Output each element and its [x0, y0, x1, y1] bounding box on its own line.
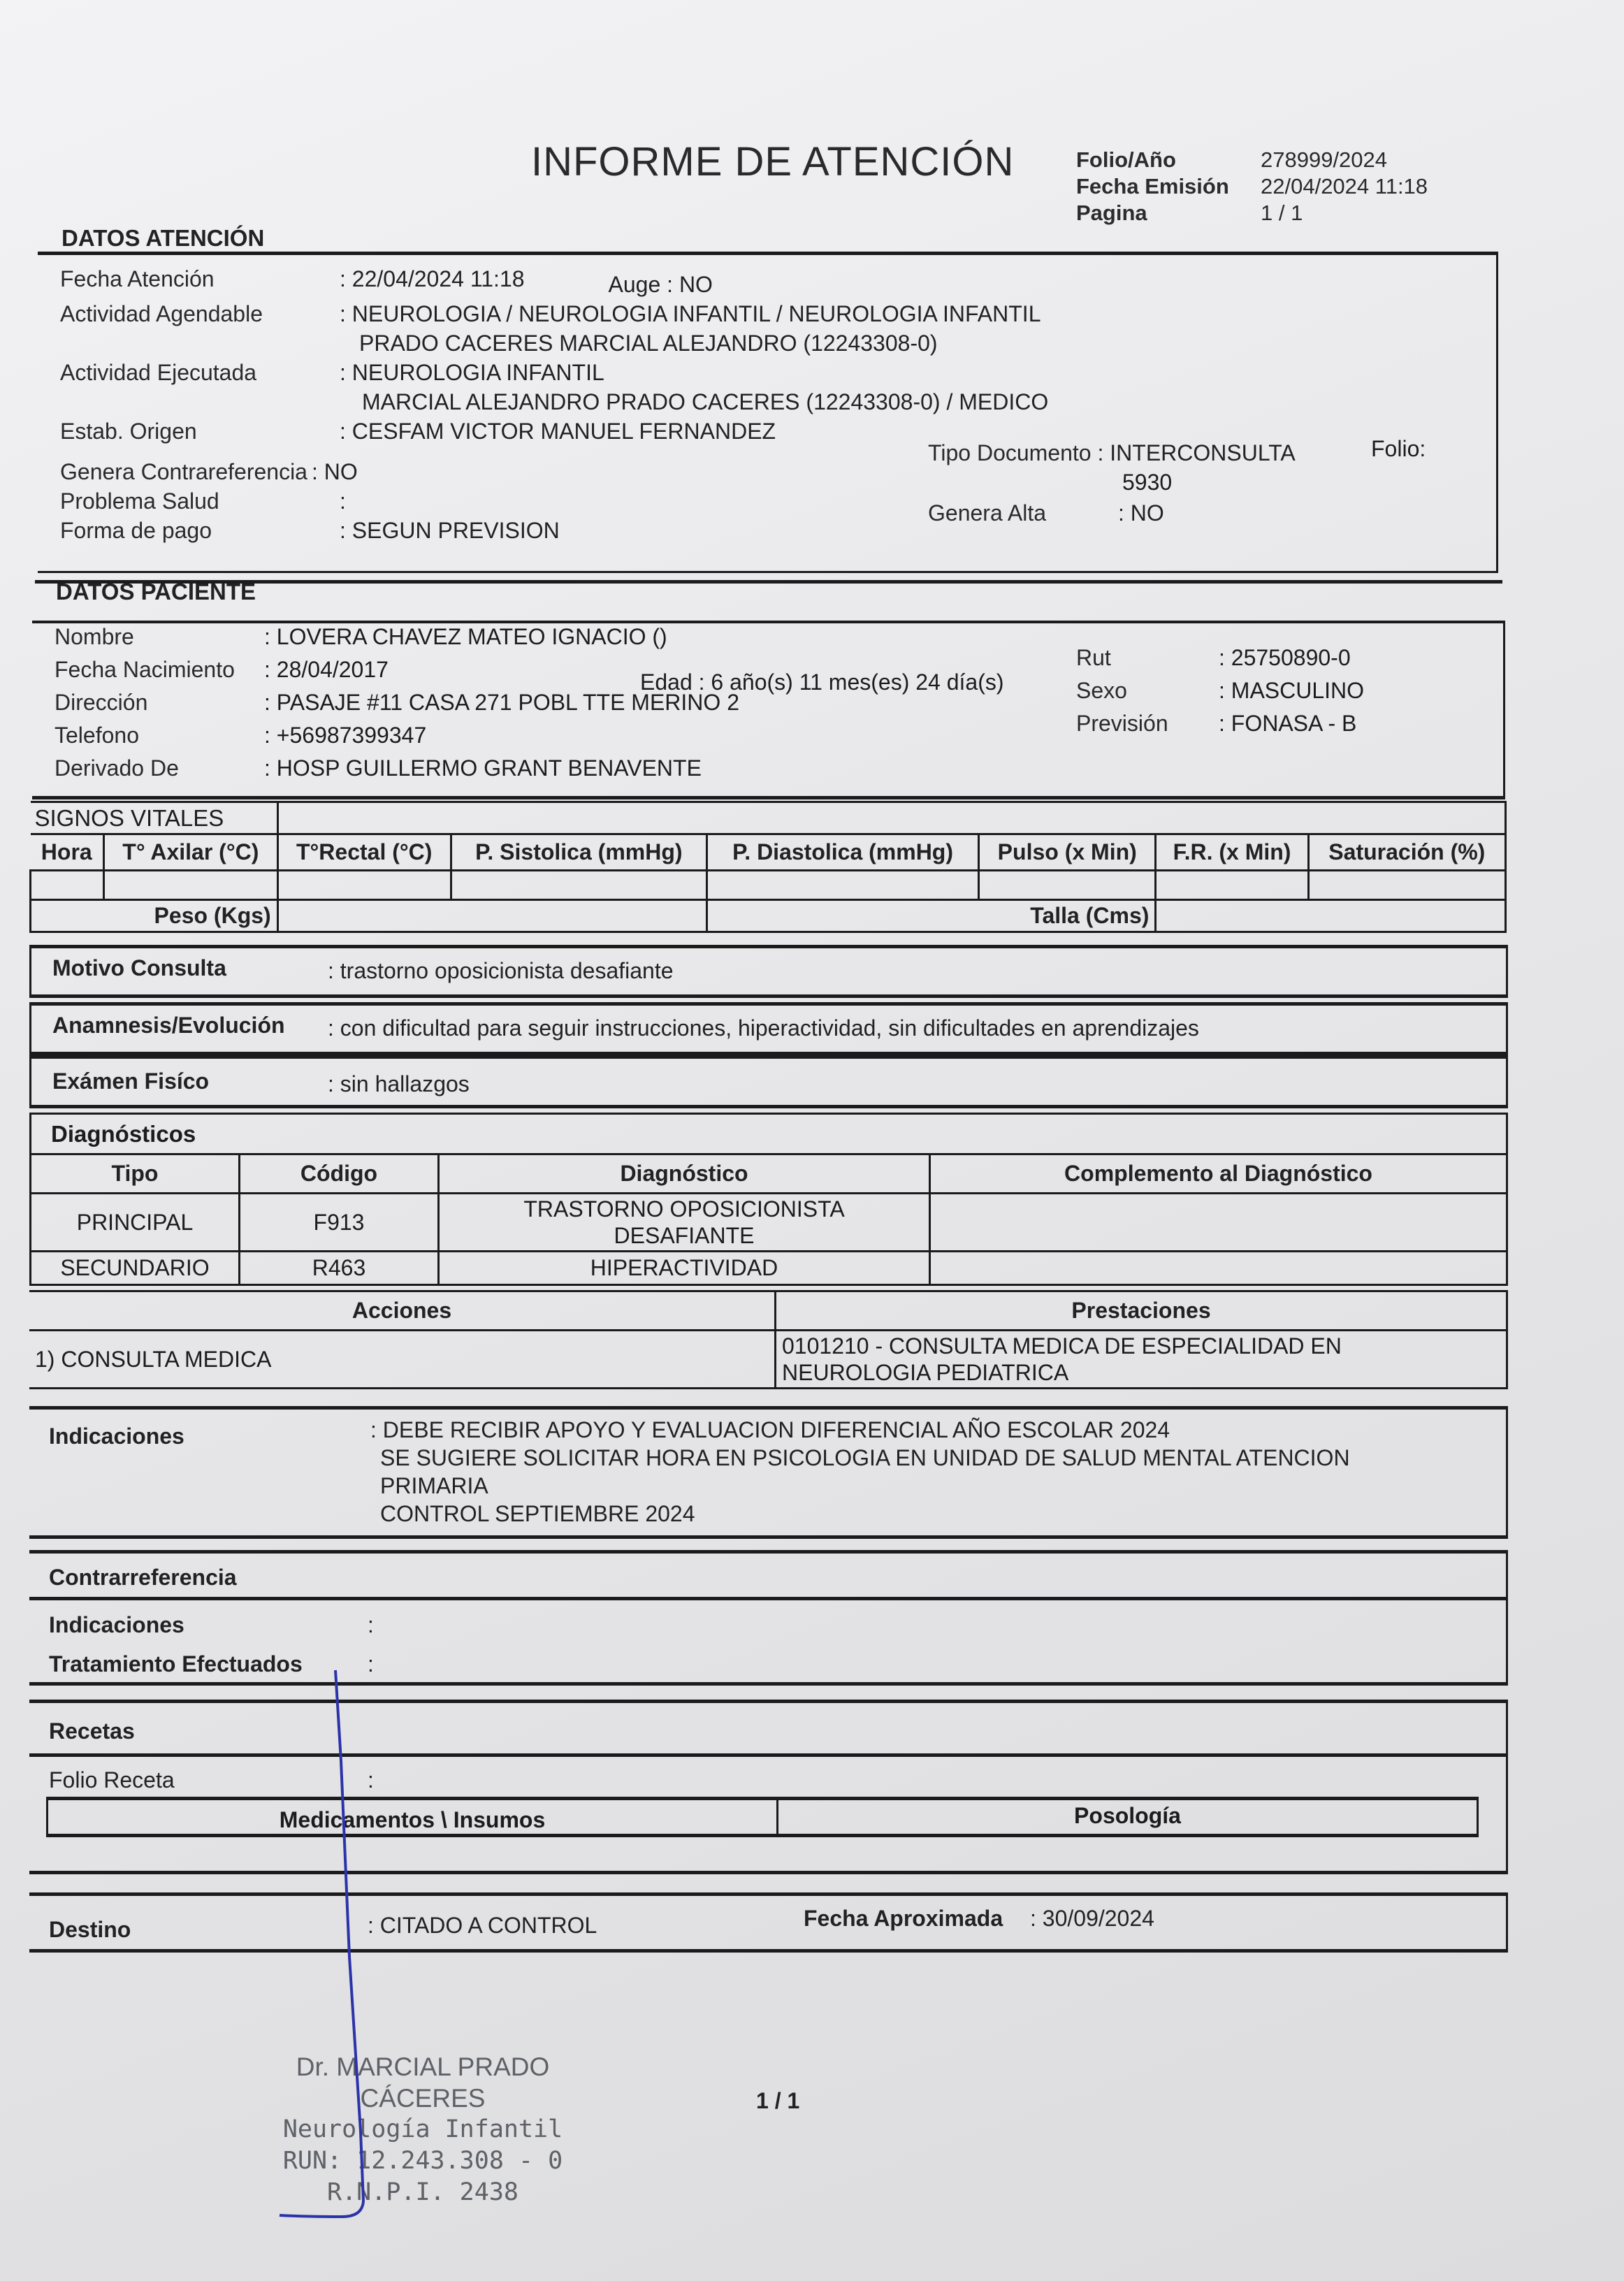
actividad-ejecutada-value-2: MARCIAL ALEJANDRO PRADO CACERES (1224330… [362, 387, 1048, 417]
prestacion-value: 0101210 - CONSULTA MEDICA DE ESPECIALIDA… [776, 1331, 1507, 1389]
divider [29, 1597, 1506, 1600]
diag-codigo: R463 [240, 1252, 439, 1285]
stamp-name: Dr. MARCIAL PRADO CÁCERES [248, 2051, 597, 2114]
diag-codigo: F913 [240, 1194, 439, 1252]
signos-col-value [1156, 871, 1308, 900]
signos-col-value [1308, 871, 1505, 900]
forma-pago-label: Forma de pago [60, 516, 340, 545]
recetas-title: Recetas [49, 1718, 135, 1744]
pagina-label: Pagina [1076, 200, 1261, 226]
doctor-stamp: Dr. MARCIAL PRADO CÁCERES Neurología Inf… [248, 2051, 597, 2208]
signos-col-header: P. Diastolica (mmHg) [707, 834, 979, 871]
diag-descripcion-line1: TRASTORNO OPOSICIONISTA [445, 1196, 923, 1222]
derivado-de-label: Derivado De [55, 752, 264, 785]
indicaciones-label: Indicaciones [49, 1424, 184, 1449]
sexo-value: : MASCULINO [1219, 674, 1364, 707]
contrarreferencia-section: Contrarreferencia Indicaciones : Tratami… [29, 1550, 1508, 1686]
folio-doc-value: 5930 [1122, 468, 1172, 496]
anamnesis-row: Anamnesis/Evolución : con dificultad par… [29, 1002, 1508, 1055]
col-medicamentos: Medicamentos \ Insumos [48, 1800, 778, 1834]
acciones-table: Acciones Prestaciones 1) CONSULTA MEDICA… [29, 1290, 1508, 1389]
fecha-aproximada-label: Fecha Aproximada [804, 1906, 1003, 1932]
folio-value: 278999/2024 [1261, 147, 1387, 173]
indicacion-line: SE SUGIERE SOLICITAR HORA EN PSICOLOGIA … [370, 1444, 1350, 1472]
signos-col-header: Pulso (x Min) [979, 834, 1156, 871]
examen-fisico-row: Exámen Fisíco : sin hallazgos [29, 1055, 1508, 1108]
signos-col-header: Saturación (%) [1308, 834, 1505, 871]
col-tipo: Tipo [31, 1154, 240, 1194]
signos-col-header: F.R. (x Min) [1156, 834, 1308, 871]
examen-fisico-label: Exámen Fisíco [52, 1069, 209, 1094]
examen-fisico-value: : sin hallazgos [328, 1071, 470, 1097]
footer-page-number: 1 / 1 [756, 2088, 799, 2114]
contrarreferencia-title: Contrarreferencia [49, 1565, 237, 1591]
fecha-atencion-value: : 22/04/2024 11:18 [340, 264, 525, 299]
indicaciones-text: : DEBE RECIBIR APOYO Y EVALUACION DIFERE… [370, 1416, 1350, 1528]
signos-vitales-title: SIGNOS VITALES [31, 802, 278, 834]
nombre-label: Nombre [55, 621, 264, 653]
rut-value: : 25750890-0 [1219, 642, 1351, 674]
genera-alta-label: Genera Alta [928, 499, 1118, 527]
genera-alta-value: : NO [1118, 500, 1164, 526]
header-meta: Folio/Año278999/2024 Fecha Emisión22/04/… [1076, 147, 1428, 226]
folio-label: Folio/Año [1076, 147, 1261, 173]
fecha-emision-label: Fecha Emisión [1076, 173, 1261, 200]
section-title-datos-paciente: DATOS PACIENTE [56, 579, 256, 605]
indicacion-line: CONTROL SEPTIEMBRE 2024 [370, 1500, 1350, 1528]
accion-value: 1) CONSULTA MEDICA [29, 1331, 776, 1389]
genera-contrareferencia-label: Genera Contrareferencia [60, 457, 307, 486]
prevision-value: : FONASA - B [1219, 707, 1356, 740]
destino-row: Destino : CITADO A CONTROL Fecha Aproxim… [29, 1892, 1508, 1953]
stamp-specialty: Neurología Infantil [248, 2114, 597, 2145]
fecha-nacimiento-label: Fecha Nacimiento [55, 653, 264, 686]
actividad-ejecutada-value: : NEUROLOGIA INFANTIL [340, 358, 604, 387]
section-title-datos-atencion: DATOS ATENCIÓN [61, 225, 264, 252]
fecha-emision-value: 22/04/2024 11:18 [1261, 173, 1428, 200]
signos-col-header: T° Axilar (°C) [104, 834, 278, 871]
document-title: INFORME DE ATENCIÓN [531, 138, 1014, 185]
tratamiento-label: Tratamiento Efectuados [49, 1651, 303, 1677]
datos-atencion-fields: Fecha Atención: 22/04/2024 11:18Auge : N… [60, 264, 1048, 545]
signos-col-value [451, 871, 706, 900]
signos-col-value [104, 871, 278, 900]
medical-report-page: INFORME DE ATENCIÓN Folio/Año278999/2024… [0, 0, 1624, 2281]
folio-doc-label: Folio: [1371, 435, 1426, 463]
talla-label: Talla (Cms) [707, 900, 1156, 932]
motivo-consulta-value: : trastorno oposicionista desafiante [328, 958, 674, 984]
prestacion-line2: NEUROLOGIA PEDIATRICA [782, 1359, 1500, 1386]
signos-col-value [979, 871, 1156, 900]
diag-descripcion-line2: DESAFIANTE [445, 1222, 923, 1249]
signos-col-value [277, 871, 451, 900]
rut-label: Rut [1076, 642, 1219, 674]
derivado-de-value: : HOSP GUILLERMO GRANT BENAVENTE [264, 752, 702, 785]
prestacion-line1: 0101210 - CONSULTA MEDICA DE ESPECIALIDA… [782, 1333, 1500, 1359]
genera-alta: Genera Alta: NO [928, 499, 1164, 527]
destino-value: : CITADO A CONTROL [368, 1913, 597, 1939]
sexo-label: Sexo [1076, 674, 1219, 707]
prevision-label: Previsión [1076, 707, 1219, 740]
signos-col-header: P. Sistolica (mmHg) [451, 834, 706, 871]
problema-salud-label: Problema Salud [60, 486, 340, 516]
telefono-label: Telefono [55, 719, 264, 752]
problema-salud-value: : [340, 486, 346, 516]
actividad-agendable-value-2: PRADO CACERES MARCIAL ALEJANDRO (1224330… [359, 328, 938, 358]
col-diagnostico: Diagnóstico [439, 1154, 930, 1194]
stamp-rnpi: R.N.P.I. 2438 [248, 2177, 597, 2208]
signos-vitales-values [31, 871, 1506, 900]
contra-indicaciones-label: Indicaciones [49, 1612, 184, 1638]
acciones-header: Acciones [29, 1291, 776, 1331]
diagnosticos-table: Diagnósticos Tipo Código Diagnóstico Com… [29, 1113, 1508, 1286]
col-codigo: Código [240, 1154, 439, 1194]
telefono-value: : +56987399347 [264, 719, 426, 752]
talla-value [1156, 900, 1506, 932]
col-posologia: Posología [778, 1800, 1477, 1834]
nombre-value: : LOVERA CHAVEZ MATEO IGNACIO () [264, 621, 667, 653]
diagnostico-row: SECUNDARIO R463 HIPERACTIVIDAD [31, 1252, 1507, 1285]
destino-label: Destino [49, 1917, 131, 1943]
peso-label: Peso (Kgs) [31, 900, 278, 932]
diagnosticos-title: Diagnósticos [31, 1114, 1507, 1154]
auge-value: Auge : NO [609, 270, 713, 299]
signos-col-value [707, 871, 979, 900]
fecha-atencion-label: Fecha Atención [60, 264, 340, 299]
diag-tipo: PRINCIPAL [31, 1194, 240, 1252]
motivo-consulta-row: Motivo Consulta : trastorno oposicionist… [29, 945, 1508, 998]
indicacion-line: PRIMARIA [370, 1472, 1350, 1500]
tipo-documento: Tipo Documento : INTERCONSULTA [928, 439, 1296, 467]
actividad-ejecutada-label: Actividad Ejecutada [60, 358, 340, 387]
datos-paciente-right: Rut: 25750890-0 Sexo: MASCULINO Previsió… [1076, 642, 1364, 740]
diag-complemento [930, 1194, 1507, 1252]
fecha-aproximada-value: : 30/09/2024 [1030, 1906, 1154, 1932]
actividad-agendable-value: : NEUROLOGIA / NEUROLOGIA INFANTIL / NEU… [340, 299, 1041, 328]
folio-receta-value: : [368, 1767, 374, 1793]
stamp-run: RUN: 12.243.308 - 0 [248, 2145, 597, 2177]
direccion-label: Dirección [55, 686, 264, 719]
indicacion-line: : DEBE RECIBIR APOYO Y EVALUACION DIFERE… [370, 1416, 1350, 1444]
recetas-table-header: Medicamentos \ Insumos Posología [46, 1797, 1479, 1837]
signos-vitales-table: SIGNOS VITALES HoraT° Axilar (°C)T°Recta… [29, 801, 1507, 933]
diag-descripcion: HIPERACTIVIDAD [439, 1252, 930, 1285]
contra-indicaciones-value: : [368, 1612, 374, 1638]
prestaciones-header: Prestaciones [776, 1291, 1507, 1331]
diag-descripcion: TRASTORNO OPOSICIONISTADESAFIANTE [439, 1194, 930, 1252]
genera-contrareferencia-value: : NO [312, 457, 358, 486]
estab-origen-label: Estab. Origen [60, 417, 340, 446]
motivo-consulta-label: Motivo Consulta [52, 955, 226, 981]
pagina-value: 1 / 1 [1261, 200, 1303, 226]
anamnesis-label: Anamnesis/Evolución [52, 1013, 285, 1038]
tipo-documento-value: : INTERCONSULTA [1097, 440, 1295, 465]
diag-complemento [930, 1252, 1507, 1285]
folio-receta-label: Folio Receta [49, 1767, 175, 1793]
signos-col-value [31, 871, 104, 900]
signos-col-header: T°Rectal (°C) [277, 834, 451, 871]
anamnesis-value: : con dificultad para seguir instruccion… [328, 1015, 1199, 1041]
edad-value: Edad : 6 año(s) 11 mes(es) 24 día(s) [640, 668, 1004, 696]
forma-pago-value: : SEGUN PREVISION [340, 516, 560, 545]
fecha-nacimiento-value: : 28/04/2017 [264, 653, 389, 686]
diagnostico-row: PRINCIPAL F913 TRASTORNO OPOSICIONISTADE… [31, 1194, 1507, 1252]
peso-value [277, 900, 706, 932]
tratamiento-value: : [368, 1651, 374, 1677]
signos-col-header: Hora [31, 834, 104, 871]
divider [29, 1753, 1506, 1757]
recetas-section: Recetas Folio Receta : Medicamentos \ In… [29, 1700, 1508, 1874]
tipo-documento-label: Tipo Documento [928, 439, 1092, 467]
estab-origen-value: : CESFAM VICTOR MANUEL FERNANDEZ [340, 417, 776, 446]
datos-paciente-fields: Nombre: LOVERA CHAVEZ MATEO IGNACIO () F… [55, 621, 739, 785]
actividad-agendable-label: Actividad Agendable [60, 299, 340, 328]
diag-tipo: SECUNDARIO [31, 1252, 240, 1285]
col-complemento: Complemento al Diagnóstico [930, 1154, 1507, 1194]
signos-vitales-header: HoraT° Axilar (°C)T°Rectal (°C)P. Sistol… [31, 834, 1506, 871]
